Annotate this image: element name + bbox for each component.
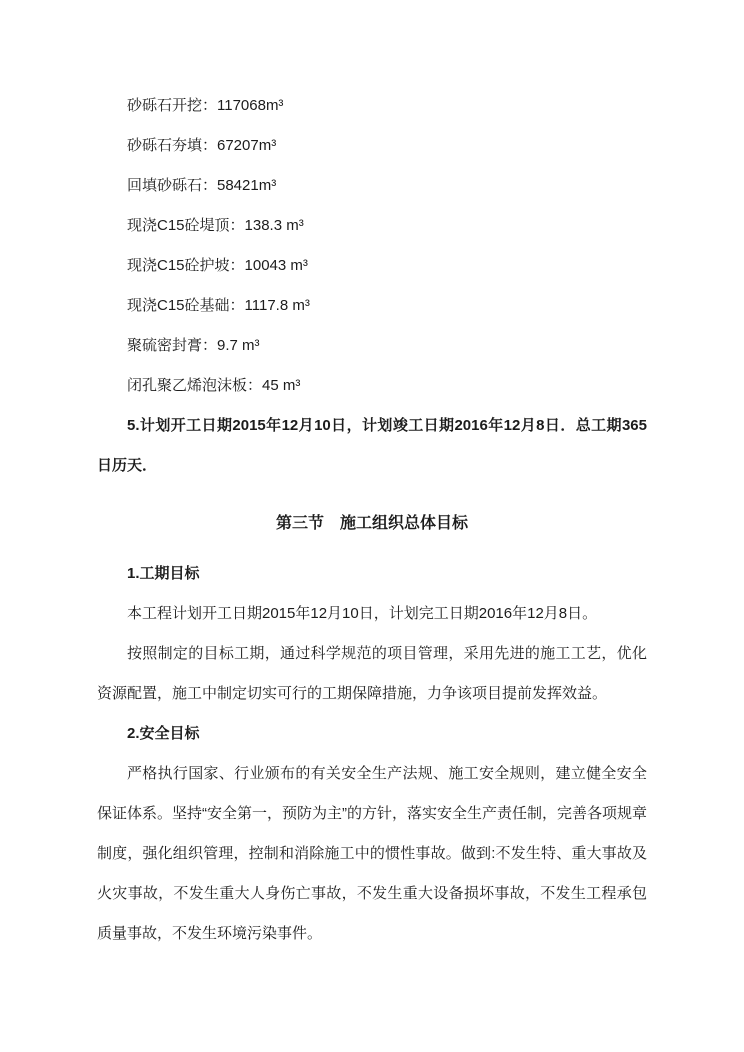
duration-goal-paragraph-2: 按照制定的目标工期，通过科学规范的项目管理，采用先进的施工工艺，优化资源配置，施… xyxy=(97,634,647,714)
quantity-item-c15-slope: 现浇C15砼护坡：10043 m³ xyxy=(97,246,647,286)
subsection-title-duration-goal: 1.工期目标 xyxy=(97,554,647,594)
quantity-item-tamped-fill: 砂砾石夯填：67207m³ xyxy=(97,126,647,166)
document-page: 砂砾石开挖：117068m³ 砂砾石夯填：67207m³ 回填砂砾石：58421… xyxy=(0,0,744,1052)
schedule-note-paragraph: 5.计划开工日期2015年12月10日，计划竣工日期2016年12月8日．总工期… xyxy=(97,406,647,486)
safety-goal-paragraph-1: 严格执行国家、行业颁布的有关安全生产法规、施工安全规则，建立健全安全保证体系。坚… xyxy=(97,754,647,954)
quantity-item-excavation: 砂砾石开挖：117068m³ xyxy=(97,86,647,126)
quantity-item-backfill: 回填砂砾石：58421m³ xyxy=(97,166,647,206)
quantity-item-sealant: 聚硫密封膏：9.7 m³ xyxy=(97,326,647,366)
section-heading: 第三节 施工组织总体目标 xyxy=(97,504,647,544)
quantity-item-foam-board: 闭孔聚乙烯泡沫板：45 m³ xyxy=(97,366,647,406)
quantity-item-c15-dike-top: 现浇C15砼堤顶：138.3 m³ xyxy=(97,206,647,246)
duration-goal-paragraph-1: 本工程计划开工日期2015年12月10日，计划完工日期2016年12月8日。 xyxy=(97,594,647,634)
quantity-item-c15-foundation: 现浇C15砼基础：1117.8 m³ xyxy=(97,286,647,326)
subsection-title-safety-goal: 2.安全目标 xyxy=(97,714,647,754)
